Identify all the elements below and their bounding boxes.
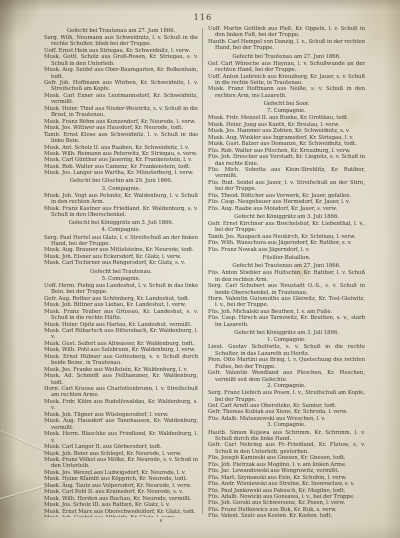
section-heading: 2. Compagnie. xyxy=(208,383,365,389)
casualty-entry: Uoff. Martin Gottlieb aus Pleß, Kr. Oppe… xyxy=(208,26,365,39)
section-heading: 4. Compagnie. xyxy=(44,227,198,233)
casualty-entry: Musk. Carl Pohl II. aus Krainsdorf, Kr. … xyxy=(44,489,198,495)
casualty-entry: Gefr. Ernst Kirchner aus Brechelshof, Kr… xyxy=(208,221,365,234)
casualty-entry: Pion. Otto Martini aus Brieg, l. v. Quet… xyxy=(208,357,365,370)
casualty-entry: Gefr. Joh. Hoffmann aus Würben, Kr. Schw… xyxy=(44,80,198,93)
casualty-entry: Musk. Frdr. Kühn aus Rudolfswaldau, Kr. … xyxy=(44,399,198,412)
casualty-entry: Füs. Casp. Hirsch aus Tarnowitz, Kr. Beu… xyxy=(208,315,365,328)
casualty-entry: Horn. Carl Krause aus Charlottenbrunn, l… xyxy=(44,386,198,399)
casualty-entry: Musk. Jos. Wittwer aus Hausdorf, Kr. Neu… xyxy=(44,125,198,131)
section-heading: 3. Compagnie. xyxy=(208,422,365,428)
page-number: 116 xyxy=(6,13,400,22)
section-heading: Gefecht bei Königgrätz am 3. Juli 1866. xyxy=(208,330,365,336)
section-heading: Gefecht bei Soor. xyxy=(208,101,365,107)
casualty-entry: Füs. Franz Nowak aus Jägerndorf, l. v. xyxy=(208,247,365,253)
casualty-entry: Musk. Carl Exner aus Leutmannsdorf, Kr. … xyxy=(44,93,198,106)
casualty-entry: Gefr. Valentin Wendland aus Pleschen, Kr… xyxy=(208,370,365,383)
casualty-entry: Musk. Franz Teuber aus Grüssau, Kr. Land… xyxy=(44,309,198,322)
casualty-entry: Serg. Carl Schubert aus Neustadt O.-S., … xyxy=(208,283,365,296)
casualty-entry: Füs. Wilh. Wanschura aus Jägerndorf, Kr.… xyxy=(208,240,365,246)
column-right: Uoff. Martin Gottlieb aus Pleß, Kr. Oppe… xyxy=(208,26,365,517)
casualty-entry: Gefr. Carl Nehring aus Pr.-Friedland, Kr… xyxy=(208,442,365,455)
casualty-entry: Musk. Carl Tschirner aus Rengersdorf, Kr… xyxy=(44,260,198,266)
casualty-entry: Musk. Joh. Vogt aus Polsnitz, Kr. Walden… xyxy=(44,193,198,206)
casualty-entry: Musk. Carl Günther aus Jauernig, Kr. Fra… xyxy=(44,157,198,163)
casualty-entry: Serg. Wilh. Neumann aus Schweidnitz, l. … xyxy=(44,35,198,48)
section-heading: Gefecht bei Gitschin am 29. Juni 1866. xyxy=(44,178,198,184)
casualty-entry: Horn. Valentin Gutsmuths aus Gleiwitz, K… xyxy=(208,296,365,309)
ink-speck xyxy=(160,519,162,522)
casualty-entry: Füs. Andr. Wisniewski aus Strelno, Kr. I… xyxy=(208,481,365,487)
casualty-entry: Musk. Jos. Hammer aus Zobten, Kr. Schwei… xyxy=(208,128,365,134)
casualty-entry: Musk. Joh. Goebel aus Altheide, Kr. Glat… xyxy=(44,515,198,517)
casualty-entry: Musk. Jos. Langer aus Wartha, Kr. Münste… xyxy=(44,170,198,176)
casualty-entry: Füs. Valent. Szulc aus Kosten, Kr. Koste… xyxy=(208,513,365,517)
casualty-entry: Musk. Gust. Balzer aus Domanze, Kr. Schw… xyxy=(208,141,365,147)
section-heading: Gefecht bei Trautenau am 27. Juni 1866. xyxy=(44,28,198,34)
casualty-entry: Musk. Franz Kastner aus Friedland, Kr. W… xyxy=(44,206,198,219)
casualty-entry: Musk. Franz Hoffmann aus Neiße, s. v. Sc… xyxy=(208,86,365,99)
section-heading: 3. Compagnie. xyxy=(44,186,198,192)
casualty-entry: Füs. Casp. Neugebauer aus Hermsdorf, Kr.… xyxy=(208,199,365,205)
section-heading: Gefecht bei Trautenau am 27. Juni 1866. xyxy=(208,263,365,269)
casualty-entry: Musk. Franz Völkel aus Mölke, Kr. Neurod… xyxy=(44,457,198,470)
section-heading: Gefecht bei Königgrätz am 3. Juli 1866. xyxy=(44,220,198,226)
casualty-entry: Füs. Anton Stiebler aus Hultschin, Kr. R… xyxy=(208,270,365,283)
casualty-entry: Füs. Rud. Seidel aus Jauer, l. v. Streif… xyxy=(208,180,365,193)
casualty-entry: Hautb. Simon Kujawa aus Schrimm, Kr. Sch… xyxy=(208,430,365,443)
section-heading: Gefecht bei Trautenau. xyxy=(44,269,198,275)
casualty-entry: Uoff. Anton Liebreich aus Kreuzburg, Kr.… xyxy=(208,74,365,87)
casualty-entry: Gefr. Thomas Kubiak aus Xions, Kr. Schro… xyxy=(208,409,365,415)
scanned-page: 116 Gefecht bei Trautenau am 27. Juni 18… xyxy=(0,0,400,538)
casualty-entry: Füs. Mich. Sobotta aus Klein-Strehlitz, … xyxy=(208,167,365,180)
casualty-entry: Gef. Carl Wünsche aus Haynau, l. v. Schu… xyxy=(208,61,365,74)
casualty-entry: Musk. Heinr. Thiel aus Nieder-Weistritz,… xyxy=(44,106,198,119)
casualty-entry: Füs. Joh. Gorski aus Schwersenz, Kr. Pos… xyxy=(208,500,365,506)
casualty-entry: Musk. Aug. Seidel aus Ober-Baumgarten, K… xyxy=(44,67,198,80)
casualty-entry: Tamb. Ernst Klose aus Schweidnitz, l. v.… xyxy=(44,132,198,145)
casualty-entry: Musk. Gottl. Scholz aus Groß-Rosen, Kr. … xyxy=(44,54,198,67)
section-heading: Gefecht bei Königgrätz am 3. Juli 1866. xyxy=(208,214,365,220)
section-heading: 5. Compagnie. xyxy=(44,276,198,282)
casualty-entry: Musk. Frdr. Menzel II. aus Bunke, Kr. Gr… xyxy=(208,115,365,121)
column-left: Gefecht bei Trautenau am 27. Juni 1866.S… xyxy=(44,26,198,517)
casualty-entry: Füs. Joh. Drescher aus Vorstadt, Kr. Lie… xyxy=(208,154,365,167)
casualty-entry: Füs. Aug. Raabe aus Moisdorf, Kr. Jauer,… xyxy=(208,206,365,212)
casualty-entry: Musk. Wilh. Pohl aus Salzbrunn, Kr. Wald… xyxy=(44,347,198,353)
casualty-entry: Musk. Herm. Blaschke aus Friedland, Kr. … xyxy=(44,431,198,444)
casualty-entry: Hautb. Carl Hempel von Danzig, l. v., Sc… xyxy=(208,39,365,52)
casualty-entry: Serg. Franz Liebich aus Posen, l. v., St… xyxy=(208,390,365,403)
column-divider xyxy=(202,28,203,514)
casualty-entry: Füs. Joseph Kaminski aus Gnesen, Kr. Gne… xyxy=(208,455,365,461)
casualty-entry: Musk. Aug. Brauner aus Mittelsteine, Kr.… xyxy=(44,247,198,253)
casualty-entry: Serg. Paul Hertel aus Glatz, l. v. Strei… xyxy=(44,235,198,248)
casualty-entry: Lieut. Gustav Scholtwitz, s. v. Schuß in… xyxy=(208,344,365,357)
casualty-entry: Uoff. Herm. Fiebig aus Landeshut, l. v. … xyxy=(44,283,198,296)
section-heading: Gefecht bei Trautenau am 27. Juni 1866. xyxy=(208,54,365,60)
section-heading: Füsilier-Bataillon. xyxy=(208,255,365,261)
casualty-entry: Musk. Ernst Hübner aus Gottesberg, s. v.… xyxy=(44,354,198,367)
casualty-entry: Musk. Carl Rübartsch aus Dittersbach, Kr… xyxy=(44,328,198,341)
casualty-entry: Musk. Aug. Hausdorf aus Tannhausen, Kr. … xyxy=(44,418,198,431)
section-heading: 7. Compagnie. xyxy=(208,108,365,114)
casualty-entry: Musk. Joh. Bittner aus Liebau, Kr. Lande… xyxy=(44,302,198,308)
section-heading: 1. Compagnie. xyxy=(208,337,365,343)
casualty-entry: Musk. Heinr. Klambt aus Köpprich, Kr. Ne… xyxy=(44,476,198,482)
casualty-entry: Musk. Ad. Schmidt aus Fellhammer, Kr. Wa… xyxy=(44,373,198,386)
casualty-entry: Musk. Heinr. Opitz aus Hartau, Kr. Lande… xyxy=(44,322,198,328)
